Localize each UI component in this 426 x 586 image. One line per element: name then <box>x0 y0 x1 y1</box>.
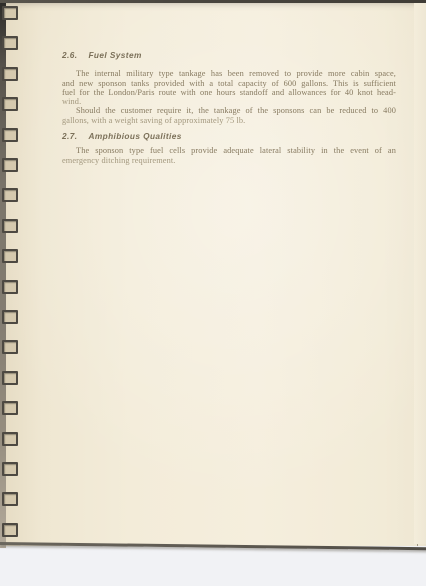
section-number: 2.7. <box>62 132 77 141</box>
binding-hole <box>2 249 18 263</box>
binding-hole <box>2 340 18 354</box>
text-line: and new sponson tanks provided with a to… <box>62 79 396 88</box>
page-top-edge <box>0 0 426 3</box>
binding-hole <box>2 158 18 172</box>
binding-hole <box>2 310 18 324</box>
text-line: fuel for the London/Paris route with one… <box>62 88 396 97</box>
binding-hole <box>2 219 18 233</box>
binding-hole <box>2 188 18 202</box>
binding-hole <box>2 97 18 111</box>
text-line: emergency ditching requirement. <box>62 156 396 165</box>
section-heading-fuel-system: 2.6. Fuel System <box>62 51 396 60</box>
binding-hole <box>2 462 18 476</box>
binding-hole <box>2 128 18 142</box>
section-title: Fuel System <box>88 51 141 60</box>
binding-hole <box>2 371 18 385</box>
paragraph: The sponson type fuel cells provide adeq… <box>62 146 396 165</box>
paragraph: Should the customer require it, the tank… <box>62 106 396 125</box>
text-line: Should the customer require it, the tank… <box>62 106 396 115</box>
section-number: 2.6. <box>62 51 77 60</box>
section-title: Amphibious Qualities <box>88 132 181 141</box>
text-line: gallons, with a weight saving of approxi… <box>62 116 396 125</box>
page-content: 2.6. Fuel System The internal military t… <box>62 51 396 165</box>
paper-page: 2.6. Fuel System The internal military t… <box>4 2 426 546</box>
text-line: wind. <box>62 97 396 106</box>
text-line: The sponson type fuel cells provide adeq… <box>62 146 396 155</box>
binding-hole <box>2 401 18 415</box>
binding-hole <box>2 6 18 20</box>
binding-hole <box>2 36 18 50</box>
paragraph: The internal military type tankage has b… <box>62 69 396 106</box>
binding-hole <box>2 523 18 537</box>
section-heading-amphibious-qualities: 2.7. Amphibious Qualities <box>62 132 396 141</box>
text-line: The internal military type tankage has b… <box>62 69 396 78</box>
binding-hole <box>2 67 18 81</box>
binding-hole <box>2 280 18 294</box>
binding-hole <box>2 432 18 446</box>
adjacent-page-edge <box>414 2 426 544</box>
scanned-document: 2.6. Fuel System The internal military t… <box>0 0 426 586</box>
binding-hole <box>2 492 18 506</box>
